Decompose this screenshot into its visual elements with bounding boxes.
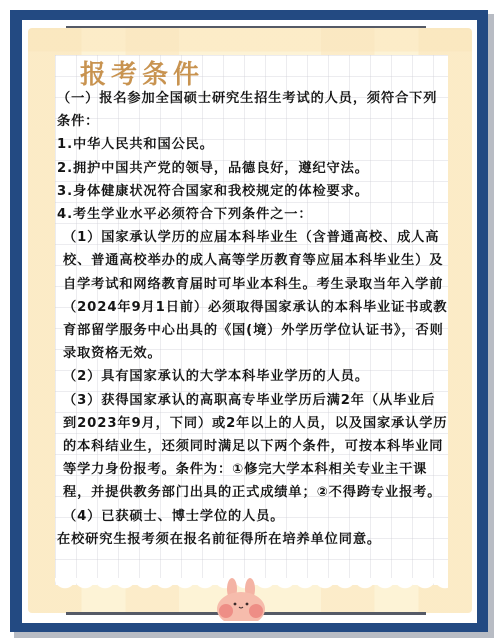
top-divider-line [66, 26, 426, 28]
sub-condition-1: （1）国家承认学历的应届本科毕业生（含普通高校、成人高校、普通高校举办的成人高等… [57, 226, 449, 365]
sub-condition-3: （3）获得国家承认的高职高专毕业学历后满2年（从毕业后到2023年9月，下同）或… [57, 389, 449, 505]
sub-condition-4: （4）已获硕士、博士学位的人员。 [57, 505, 449, 528]
condition-2: 2.拥护中国共产党的领导，品德良好，遵纪守法。 [57, 157, 449, 180]
condition-1: 1.中华人民共和国公民。 [57, 133, 449, 156]
page-title: 报考条件 [80, 54, 204, 91]
current-student-note: 在校研究生报考须在报名前征得所在培养单位同意。 [57, 528, 449, 551]
condition-4: 4.考生学业水平必须符合下列条件之一： [57, 203, 449, 226]
condition-3: 3.身体健康状况符合国家和我校规定的体检要求。 [57, 180, 449, 203]
sub-condition-2: （2）具有国家承认的大学本科毕业学历的人员。 [57, 365, 449, 388]
bunny-icon [212, 577, 270, 621]
requirements-body: （一）报名参加全国硕士研究生招生考试的人员，须符合下列条件： 1.中华人民共和国… [57, 87, 449, 551]
intro-paragraph: （一）报名参加全国硕士研究生招生考试的人员，须符合下列条件： [57, 87, 449, 133]
